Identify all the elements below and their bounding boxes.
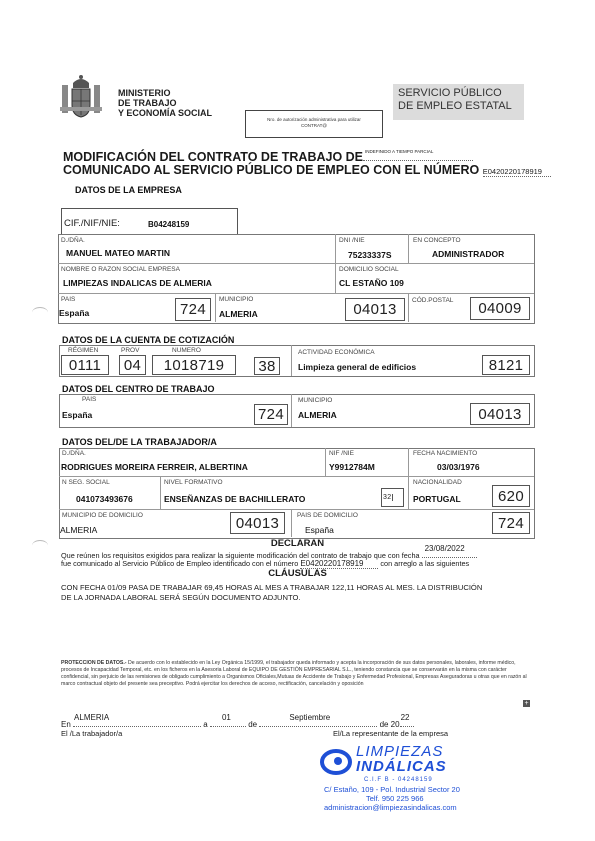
actividad-code-box: 8121 bbox=[482, 355, 530, 375]
firma-mes: Septiembre bbox=[289, 713, 330, 722]
municipio-label: MUNICIPIO bbox=[219, 296, 253, 303]
firma-de-label: de bbox=[248, 720, 257, 729]
prov-value-box: 04 bbox=[119, 355, 146, 375]
firma-a-label: a bbox=[203, 720, 207, 729]
contract-number-value: E0420220178919 bbox=[483, 167, 551, 177]
regimen-value-box: 0111 bbox=[61, 355, 109, 375]
domicilio-value: CL ESTAÑO 109 bbox=[339, 278, 404, 288]
clausulas-text: CON FECHA 01/09 PASA DE TRABAJAR 69,45 H… bbox=[61, 583, 491, 603]
declaran-fecha: 23/08/2022 bbox=[425, 544, 465, 553]
firma-mes-field: Septiembre bbox=[259, 717, 377, 727]
nif-value: Y9912784M bbox=[329, 462, 375, 472]
coat-of-arms-icon bbox=[60, 73, 102, 121]
firma-lugar: ALMERIA bbox=[74, 713, 109, 722]
authorization-text: CONTRAT@ bbox=[246, 123, 382, 129]
nombre-label: D./DÑA. bbox=[62, 450, 86, 457]
nombre-value: RODRIGUES MOREIRA FERREIR, ALBERTINA bbox=[61, 462, 248, 472]
trabajador-pais-code-box: 724 bbox=[492, 512, 530, 534]
firma-trabajador-label: El /La trabajador/a bbox=[61, 729, 122, 738]
municipio-code-box: 04013 bbox=[345, 298, 405, 321]
cif-field: CIF./NIF/NIE: B04248159 bbox=[61, 208, 238, 235]
stamp-address: C/ Estaño, 109 - Pol. Industrial Sector … bbox=[324, 785, 460, 794]
section-title-cotizacion: DATOS DE LA CUENTA DE COTIZACIÓN bbox=[62, 335, 234, 345]
sepe-line: SERVICIO PÚBLICO bbox=[398, 87, 519, 100]
firma-anio: 22 bbox=[401, 713, 410, 722]
declaran-text: con arreglo a las siguientes bbox=[380, 559, 469, 568]
trabajador-municipio-value: ALMERIA bbox=[60, 525, 97, 535]
sepe-banner: SERVICIO PÚBLICO DE EMPLEO ESTATAL bbox=[393, 84, 524, 120]
nacionalidad-label: NACIONALIDAD bbox=[413, 479, 462, 486]
dni-value: 75233337S bbox=[348, 250, 392, 260]
nivel-code: 32 bbox=[383, 494, 393, 501]
company-stamp: LIMPIEZAS INDÁLICAS C.I.F B - 04248159 C… bbox=[316, 743, 506, 833]
declaran-title: DECLARAN bbox=[0, 538, 595, 549]
authorization-box: Nro. de autorización administrativa para… bbox=[245, 110, 383, 138]
stamp-email: administracion@limpiezasindalicas.com bbox=[324, 803, 457, 812]
firma-lugar-fecha: En ALMERIA a 01 de Septiembre de 2022 bbox=[61, 717, 414, 729]
representative-label: D./DÑA. bbox=[61, 237, 85, 244]
trabajador-municipio-label: MUNICIPIO DE DOMICILIO bbox=[62, 512, 143, 519]
centro-pais-value: España bbox=[62, 410, 92, 420]
pais-value: España bbox=[59, 308, 89, 318]
contract-type-value: INDEFINIDO A TIEMPO PARCIAL bbox=[365, 149, 433, 154]
clausulas-title: CLÁUSULAS bbox=[0, 568, 595, 579]
title-text: MODIFICACIÓN DEL CONTRATO DE TRABAJO DE bbox=[63, 150, 363, 164]
nacionalidad-code-box: 620 bbox=[492, 485, 530, 507]
nss-value: 041073493676 bbox=[76, 494, 133, 504]
centro-municipio-label: MUNICIPIO bbox=[298, 397, 332, 404]
stamp-brand-line2: INDÁLICAS bbox=[356, 758, 447, 775]
sepe-line: DE EMPLEO ESTATAL bbox=[398, 100, 519, 113]
centro-pais-code-box: 724 bbox=[254, 404, 288, 425]
ministry-line: Y ECONOMÍA SOCIAL bbox=[118, 108, 212, 118]
punch-hole-mark bbox=[32, 307, 48, 318]
section-title-centro: DATOS DEL CENTRO DE TRABAJO bbox=[62, 384, 215, 394]
title-line-1: MODIFICACIÓN DEL CONTRATO DE TRABAJO DEI… bbox=[63, 150, 473, 164]
prov-label: PROV bbox=[121, 347, 139, 354]
ministry-line: DE TRABAJO bbox=[118, 98, 212, 108]
nivel-value: ENSEÑANZAS DE BACHILLERATO bbox=[164, 494, 305, 504]
pais-code-box: 724 bbox=[175, 298, 211, 321]
stamp-logo-icon bbox=[320, 749, 352, 780]
razon-value: LIMPIEZAS INDALICAS DE ALMERIA bbox=[63, 278, 212, 288]
centro-grid bbox=[59, 394, 535, 428]
cif-label: CIF./NIF/NIE: bbox=[64, 218, 120, 229]
representative-value: MANUEL MATEO MARTIN bbox=[66, 248, 170, 258]
firma-lugar-field: ALMERIA bbox=[73, 717, 201, 727]
firma-en-label: En bbox=[61, 720, 71, 729]
title-line-2: COMUNICADO AL SERVICIO PÚBLICO DE EMPLEO… bbox=[63, 163, 551, 177]
nif-label: NIF /NIE bbox=[329, 450, 354, 457]
firma-anio-field: 22 bbox=[400, 717, 414, 727]
nivel-code-box: 32 bbox=[381, 488, 404, 507]
declaran-fecha-field: 23/08/2022 bbox=[422, 549, 477, 558]
centro-municipio-value: ALMERIA bbox=[298, 410, 337, 420]
centro-pais-label: PAIS bbox=[82, 396, 96, 403]
razon-label: NOMBRE O RAZON SOCIAL EMPRESA bbox=[61, 266, 180, 273]
firma-de20-label: de 20 bbox=[380, 720, 400, 729]
proteccion-text: De acuerdo con lo establecido en la Ley … bbox=[61, 660, 527, 687]
ministry-line: MINISTERIO bbox=[118, 88, 212, 98]
nivel-label: NIVEL FORMATIVO bbox=[164, 479, 223, 486]
stamp-cif: C.I.F B - 04248159 bbox=[364, 777, 433, 783]
cp-label: CÓD.POSTAL bbox=[412, 297, 453, 304]
actividad-value: Limpieza general de edificios bbox=[298, 362, 416, 372]
declaran-text: fue comunicado al Servicio Público de Em… bbox=[61, 559, 298, 568]
nacimiento-label: FECHA NACIMIENTO bbox=[413, 450, 477, 457]
proteccion-label: PROTECCION DE DATOS.- bbox=[61, 660, 127, 666]
contract-type-field: INDEFINIDO A TIEMPO PARCIAL bbox=[363, 150, 473, 161]
regimen-label: RÉGIMEN bbox=[68, 347, 98, 354]
firma-dia: 01 bbox=[222, 713, 231, 722]
plus-icon[interactable]: + bbox=[523, 700, 530, 707]
nss-label: N SEG. SOCIAL bbox=[62, 479, 110, 486]
cp-value-box: 04009 bbox=[470, 297, 530, 320]
section-title-empresa: DATOS DE LA EMPRESA bbox=[75, 185, 182, 195]
section-title-trabajador: DATOS DEL/DE LA TRABAJADOR/A bbox=[62, 437, 217, 447]
numero-label: NUMERO bbox=[172, 347, 201, 354]
nacionalidad-value: PORTUGAL bbox=[413, 494, 461, 504]
stamp-phone: Telf. 950 225 966 bbox=[366, 794, 424, 803]
centro-municipio-code-box: 04013 bbox=[470, 403, 530, 425]
cif-value: B04248159 bbox=[148, 220, 189, 229]
nacimiento-value: 03/03/1976 bbox=[437, 462, 480, 472]
actividad-label: ACTIVIDAD ECONÓMICA bbox=[298, 349, 375, 356]
pais-label: PAIS bbox=[61, 296, 75, 303]
title-text: COMUNICADO AL SERVICIO PÚBLICO DE EMPLEO… bbox=[63, 163, 479, 177]
ministry-name: MINISTERIO DE TRABAJO Y ECONOMÍA SOCIAL bbox=[118, 88, 212, 118]
trabajador-municipio-code-box: 04013 bbox=[230, 512, 285, 534]
domicilio-label: DOMICILIO SOCIAL bbox=[339, 266, 399, 273]
municipio-value: ALMERIA bbox=[219, 309, 258, 319]
trabajador-pais-value: España bbox=[305, 525, 334, 535]
firma-dia-field: 01 bbox=[210, 717, 246, 727]
firma-representante-label: El/La representante de la empresa bbox=[333, 729, 448, 738]
dni-label: DNI /NIE bbox=[339, 237, 365, 244]
numero-value-box: 1018719 bbox=[152, 355, 236, 375]
trabajador-pais-label: PAIS DE DOMICILIO bbox=[297, 512, 358, 519]
proteccion-datos: PROTECCION DE DATOS.- De acuerdo con lo … bbox=[61, 660, 533, 688]
dc-value-box: 38 bbox=[254, 357, 280, 375]
concepto-value: ADMINISTRADOR bbox=[432, 249, 504, 259]
concepto-label: EN CONCEPTO bbox=[413, 237, 461, 244]
